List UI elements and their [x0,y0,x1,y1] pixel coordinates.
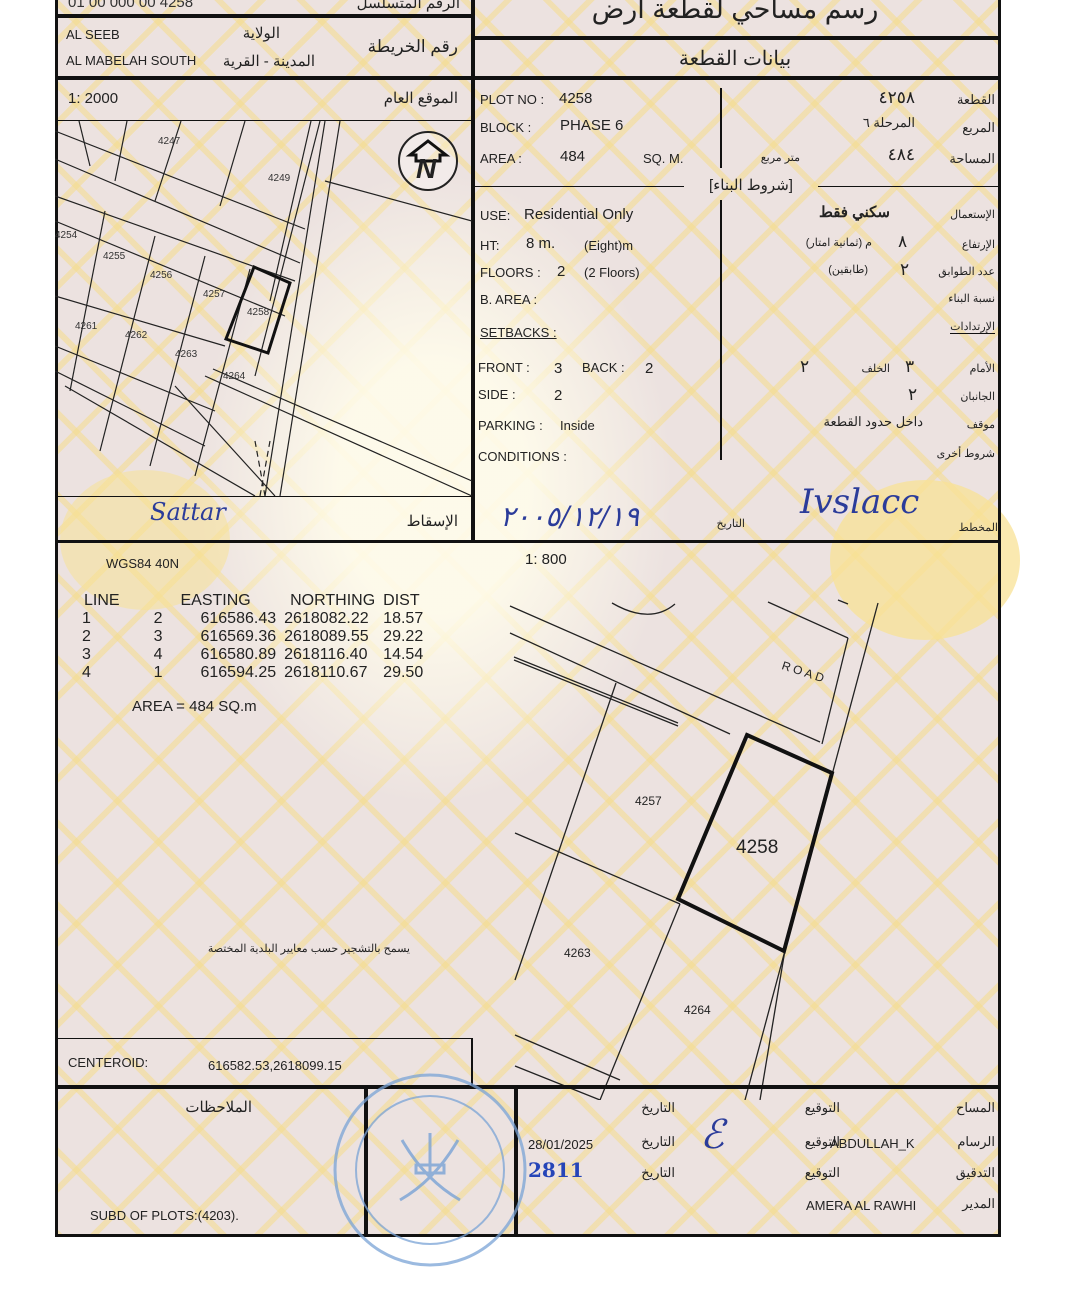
height-words: (Eight)m [584,238,633,253]
village-label: المدينة - القرية [223,52,315,70]
plot-label: 4247 [158,136,181,147]
front-value: 3 [554,360,562,377]
parking-value: Inside [560,418,595,433]
area-label-ar: المساحة [949,151,995,167]
front-ar: ٣ [905,357,914,377]
table-row: 23616569.362618089.5529.22 [78,628,427,646]
location-scale: 1: 2000 [68,90,118,107]
detail-map: 4257 4258 4263 4264 ROAD [460,540,1000,1100]
plot-label: 4262 [125,330,148,341]
parking-ar: داخل حدود القطعة [824,414,924,430]
height-label: HT: [480,238,500,253]
handwritten-date: ٢٠٠٥/١٢/١٩ [500,500,639,533]
b-area-label-ar: نسبة البناء [948,292,995,305]
block-value: PHASE 6 [560,117,623,134]
area-summary: AREA = 484 SQ.m [132,698,257,715]
plot-no-ar: ٤٢٥٨ [878,88,915,108]
front-label-ar: الأمام [970,362,995,375]
divider [720,88,722,168]
draftsman-name: ABDULLAH_K [830,1136,915,1151]
plot-label: 4258 [247,307,270,318]
plot-no-value: 4258 [559,90,592,107]
floors-ar: ٢ [900,260,909,280]
use-ar: سكني فقط [819,203,890,221]
remarks-text: SUBD OF PLOTS:(4203). [90,1208,239,1223]
table-row: 41616594.252618110.6729.50 [78,664,427,682]
plot-no-label: PLOT NO : [480,92,544,107]
map-number-label: رقم الخريطة [368,37,458,57]
floors-value: 2 [557,263,565,280]
plot-label: 4255 [103,251,126,262]
area-unit: SQ. M. [643,151,683,166]
side-label: SIDE : [478,387,516,402]
divider [720,200,722,460]
divider [471,36,1001,40]
back-label: BACK : [582,360,625,375]
checker-date-label: التاريخ [641,1165,675,1181]
plot-label: 4256 [150,270,173,281]
area-label: AREA : [480,151,522,166]
area-value: 484 [560,148,585,165]
area-ar: ٤٨٤ [888,145,915,165]
block-label-ar: المربع [962,120,995,136]
official-stamp-icon [330,1065,530,1275]
date-label-ar: التاريخ [716,517,745,530]
use-value: Residential Only [524,206,633,223]
plot-label: 4261 [75,321,98,332]
centroid-value: 616582.53,2618099.15 [208,1058,342,1073]
use-label-ar: الإستعمال [950,208,995,221]
conditions-label: CONDITIONS : [478,449,567,464]
plot-label: 4264 [223,371,246,382]
document-title: رسم مساحي لقطعة أرض [560,0,910,25]
divider [474,186,684,187]
divider [471,76,1001,80]
director-label: المدير [962,1196,995,1212]
floors-words-ar: (طابقين) [828,263,868,276]
front-label: FRONT : [478,360,530,375]
area-unit-ar: متر مربع [761,151,800,164]
draftsman-date-label: التاريخ [641,1134,675,1150]
block-ar: المرحلة ٦ [863,115,915,131]
setbacks-label: SETBACKS : [480,325,557,340]
parking-label: PARKING : [478,418,543,433]
checker-handwritten-number: 2811 [528,1158,584,1182]
planting-note: يسمح بالتشجير حسب معايير البلدية المختصة [90,942,410,955]
checker-label: التدقيق [956,1165,995,1181]
setbacks-label-ar: الإرتدادات [950,320,995,334]
table-row: 12616586.432618082.2218.57 [78,610,427,628]
table-row: 34616580.892618116.4014.54 [78,646,427,664]
side-ar: ٢ [908,385,917,405]
wilayat-value: AL SEEB [66,27,120,42]
plot-label: 4263 [564,946,591,960]
general-location-label: الموقع العام [384,89,458,107]
side-value: 2 [554,387,562,404]
plot-label: 4263 [175,349,198,360]
block-label: BLOCK : [480,120,531,135]
back-label-ar: الخلف [861,362,890,375]
remarks-label: الملاحظات [185,1098,252,1116]
b-area-label: B. AREA : [480,292,537,307]
road-label: ROAD [780,658,829,686]
plot-label: 4257 [203,289,226,300]
parking-label-ar: موقف [967,418,995,431]
divider [55,14,475,18]
plot-data-heading: بيانات القطعة [560,46,910,71]
north-arrow-icon: N [398,131,458,191]
plot-label: 4257 [635,794,662,808]
director-name: AMERA AL RAWHI [806,1198,916,1213]
floors-words: (2 Floors) [584,265,640,280]
surveyor-signature-label: التوقيع [805,1100,840,1116]
draftsman-label: الرسام [957,1134,995,1150]
checker-signature: ℰ [700,1112,724,1158]
planner-signature: Ivslacc [800,482,919,522]
village-value: AL MABELAH SOUTH [66,53,196,68]
draftsman-signature-label: التوقيع [805,1134,840,1150]
centroid-label: CENTEROID: [68,1055,148,1070]
side-label-ar: الجانبان [960,390,995,403]
building-conditions-heading: [شروط البناء] [684,176,818,194]
back-ar: ٢ [800,357,809,377]
divider [55,496,475,497]
planner-label-ar: المخطط [959,521,998,534]
serial-number: 01 00 000 00 4258 [68,0,193,11]
plot-label: 4264 [684,1003,711,1017]
conditions-label-ar: شروط أخرى [937,447,995,460]
floors-label: FLOORS : [480,265,541,280]
surveyor-label: المساح [956,1100,995,1116]
wilayat-label: الولاية [243,24,280,42]
divider [818,186,998,187]
use-label: USE: [480,208,510,223]
height-label-ar: الإرتفاع [962,238,995,251]
table-header-row: LINE EASTING NORTHING DIST [78,592,427,610]
plot-label: 4249 [268,173,291,184]
floors-label-ar: عدد الطوابق [938,265,995,278]
plot-no-label-ar: القطعة [957,92,995,108]
surveyor-date-label: التاريخ [641,1100,675,1116]
plot-label: 4254 [55,230,78,241]
divider [55,76,475,80]
height-words-ar: م (ثمانية امتار) [806,236,872,249]
serial-label: الرقم المتسلسل [357,0,460,12]
projection-label: الإسقاط [407,512,458,530]
back-value: 2 [645,360,653,377]
plot-label: 4258 [736,837,778,858]
height-value: 8 m. [526,235,555,252]
draftsman-date: 28/01/2025 [528,1137,593,1152]
coordinates-table: LINE EASTING NORTHING DIST 12616586.4326… [78,592,427,682]
checker-signature-label: التوقيع [805,1165,840,1181]
datum-label: WGS84 40N [106,556,179,571]
height-ar: ٨ [898,232,907,252]
projection-signature: Sattar [150,498,226,526]
